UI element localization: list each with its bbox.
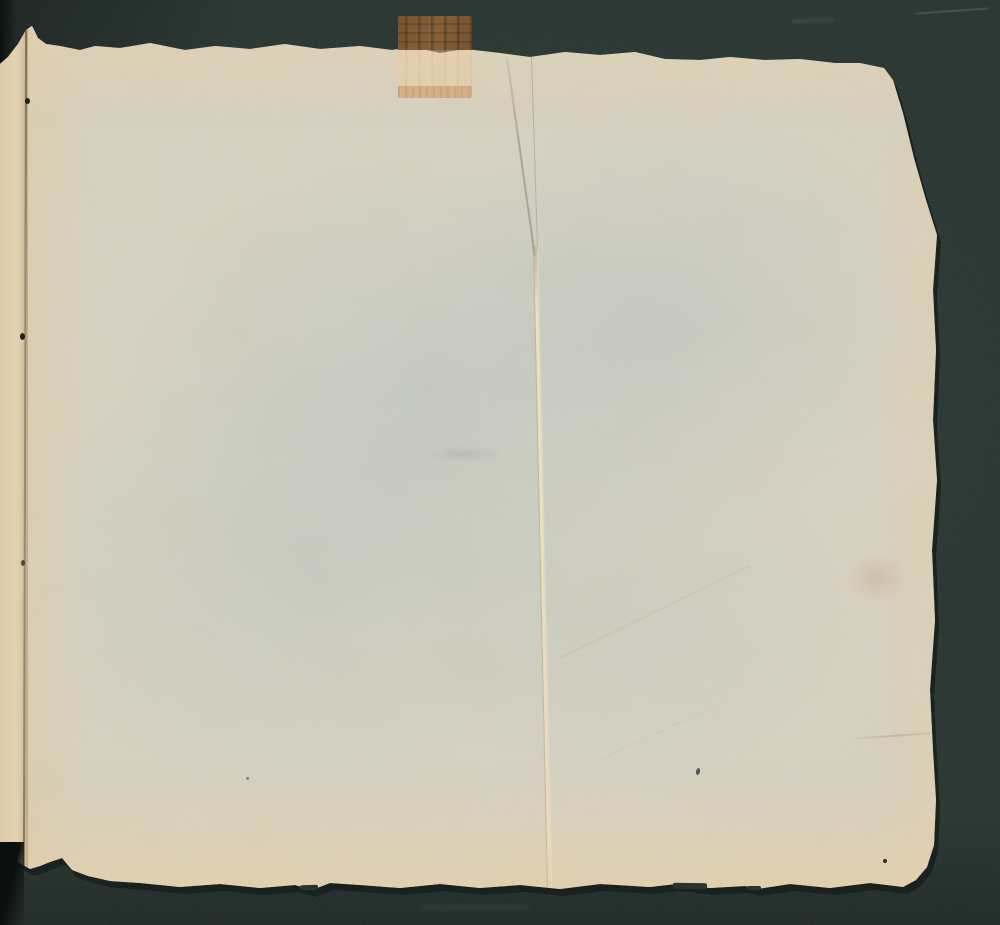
- vermillion-seal-stamp: [398, 16, 472, 98]
- seal-band-strokes: [398, 86, 472, 98]
- backdrop-dust-smudge: [420, 905, 530, 910]
- bottom-edge-tear-notch: [747, 886, 761, 890]
- scan-canvas: [0, 0, 1000, 925]
- gutter-shadow-bottom: [0, 842, 24, 925]
- book-page: [0, 0, 1000, 925]
- stitch-hole-bottom: [21, 560, 25, 566]
- right-edge-stain: [846, 552, 908, 604]
- bottom-edge-tear-notch: [300, 885, 318, 891]
- seal-bottom-band: [398, 86, 472, 98]
- stitch-hole-top: [25, 98, 30, 104]
- stitch-hole-middle: [20, 333, 25, 340]
- ink-speck: [883, 859, 887, 863]
- bottom-edge-tear-notch: [673, 883, 707, 890]
- paper-grain-texture: [0, 0, 1000, 925]
- ink-speck: [246, 777, 249, 780]
- seal-impression-on-backing: [398, 16, 472, 50]
- bleedthrough-smudge: [428, 447, 502, 461]
- seal-script-strokes-horizontal: [398, 16, 472, 50]
